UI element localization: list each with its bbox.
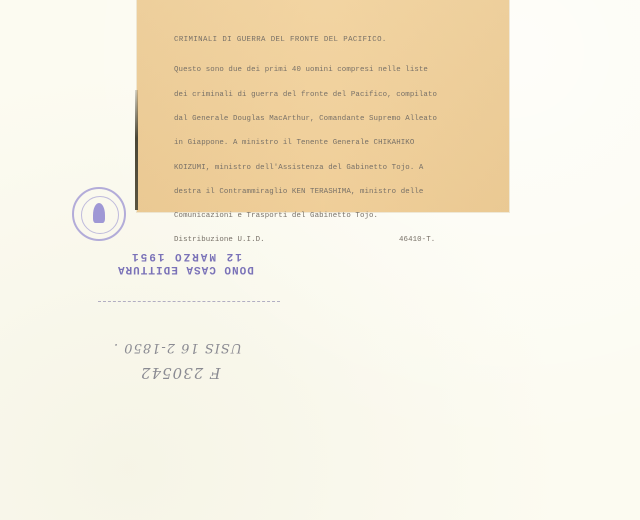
handwritten-reference: USIS 16 2-1850 . xyxy=(113,340,242,355)
caption-footer: Distribuzione U.I.D.46410-T. xyxy=(174,236,437,244)
donation-stamp-line1: DONO CASA EDITTURA xyxy=(117,262,254,275)
clipping-shadow-edge xyxy=(135,90,138,210)
typed-caption: CRIMINALI DI GUERRA DEL FRONTE DEL PACIF… xyxy=(174,20,437,261)
photo-back-page: CRIMINALI DI GUERRA DEL FRONTE DEL PACIF… xyxy=(0,0,640,520)
caption-line: dei criminali di guerra del fronte del P… xyxy=(174,91,437,99)
donation-stamp: DONO CASA EDITTURA 12 MARZO 1951 xyxy=(117,249,254,275)
caption-clipping: CRIMINALI DI GUERRA DEL FRONTE DEL PACIF… xyxy=(137,0,509,212)
caption-line: KOIZUMI, ministro dell'Assistenza del Ga… xyxy=(174,164,437,172)
distribution-text: Distribuzione U.I.D. xyxy=(174,236,265,244)
caption-line: Comunicazioni e Trasporti del Gabinetto … xyxy=(174,212,437,220)
archive-round-stamp xyxy=(72,187,126,241)
stamp-emblem-icon xyxy=(93,203,105,223)
donation-stamp-date: 12 MARZO 1951 xyxy=(117,249,254,262)
dashed-divider xyxy=(98,301,280,302)
caption-line: Questo sono due dei primi 40 uomini comp… xyxy=(174,66,437,74)
handwritten-catalog-number: F 230542 xyxy=(140,364,220,382)
caption-title: CRIMINALI DI GUERRA DEL FRONTE DEL PACIF… xyxy=(174,36,437,44)
caption-line: destra il Contrammiraglio KEN TERASHIMA,… xyxy=(174,188,437,196)
reference-number: 46410-T. xyxy=(399,236,435,244)
caption-line: dal Generale Douglas MacArthur, Comandan… xyxy=(174,115,437,123)
caption-line: in Giappone. A ministro il Tenente Gener… xyxy=(174,139,437,147)
